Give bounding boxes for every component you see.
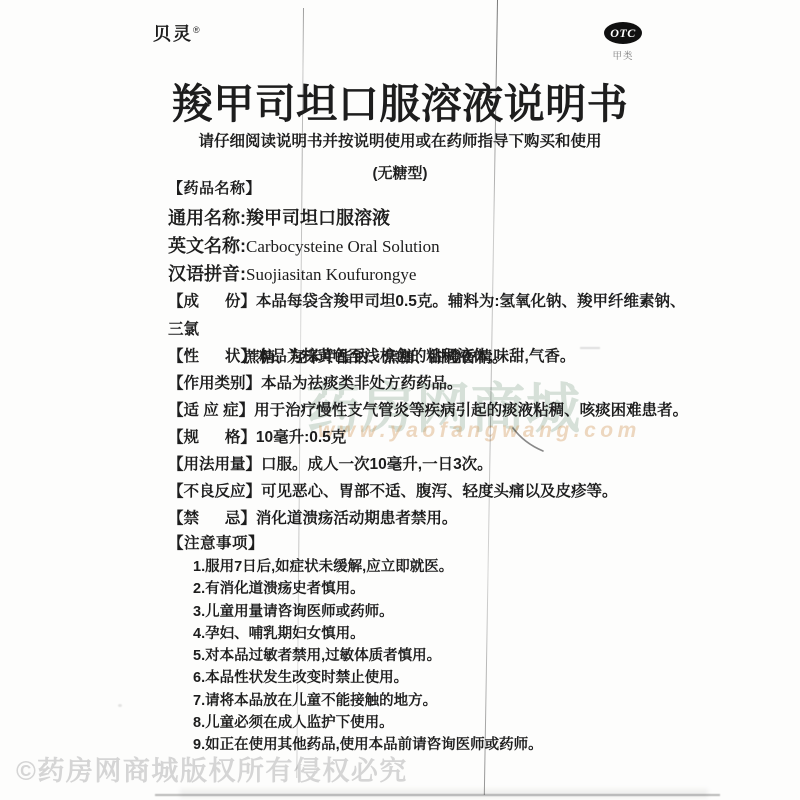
entry-contraindications-label: 【禁 忌】 bbox=[168, 505, 256, 533]
precaution-item-6: 6.本品性状发生改变时禁止使用。 bbox=[193, 667, 613, 689]
english-name-row: 英文名称:Carbocysteine Oral Solution bbox=[168, 232, 440, 258]
entry-adverse-reactions-label: 【不良反应】 bbox=[168, 478, 261, 506]
otc-badge-icon: OTC bbox=[604, 22, 642, 44]
registered-mark: ® bbox=[193, 25, 200, 35]
entry-category: 【作用类别】本品为祛痰类非处方药药品。 bbox=[168, 370, 698, 398]
paper-edge-line bbox=[155, 794, 720, 796]
entry-dosage-text: 口服。成人一次10毫升,一日3次。 bbox=[261, 456, 493, 473]
precaution-item-9: 9.如正在使用其他药品,使用本品前请咨询医师或药师。 bbox=[193, 734, 613, 756]
scan-smudge bbox=[118, 704, 122, 707]
document-title: 羧甲司坦口服溶液说明书 bbox=[0, 71, 800, 130]
paper-edge-shadow bbox=[180, 789, 708, 798]
generic-name-value: 羧甲司坦口服溶液 bbox=[246, 208, 390, 228]
precautions-list: 1.服用7日后,如症状未缓解,应立即就医。 2.有消化道溃疡史者慎用。 3.儿童… bbox=[193, 556, 613, 757]
brand-logo: 贝灵® bbox=[153, 20, 200, 46]
entry-category-label: 【作用类别】 bbox=[168, 370, 261, 398]
entry-category-text: 本品为祛痰类非处方药药品。 bbox=[261, 375, 463, 392]
entry-indications: 【适 应 症】用于治疗慢性支气管炎等疾病引起的痰液粘稠、咳痰困难患者。 bbox=[168, 397, 698, 425]
entry-contraindications: 【禁 忌】消化道溃疡活动期患者禁用。 bbox=[168, 505, 698, 533]
precautions-header: 【注意事项】 bbox=[168, 531, 264, 553]
entry-dosage-label: 【用法用量】 bbox=[168, 451, 261, 479]
entry-strength: 【规 格】10毫升:0.5克 bbox=[168, 424, 698, 452]
entry-contraindications-text: 消化道溃疡活动期患者禁用。 bbox=[256, 510, 458, 527]
entry-description-text: 本品为棕黄色至浅棕色的粘稠液体;味甜,气香。 bbox=[256, 348, 575, 365]
entry-adverse-reactions: 【不良反应】可见恶心、胃部不适、腹泻、轻度头痛以及皮疹等。 bbox=[168, 478, 698, 506]
leaflet-photo: { "brand": { "name": "贝灵", "reg_mark": "… bbox=[0, 0, 800, 800]
generic-name-label: 通用名称: bbox=[168, 208, 246, 228]
english-name-label: 英文名称: bbox=[168, 236, 246, 256]
advisory-line: 请仔细阅读说明书并按说明使用或在药师指导下购买和使用 bbox=[0, 129, 800, 151]
entry-ingredients-label: 【成 份】 bbox=[168, 288, 256, 316]
entry-adverse-reactions-text: 可见恶心、胃部不适、腹泻、轻度头痛以及皮疹等。 bbox=[261, 483, 618, 500]
generic-name-row: 通用名称:羧甲司坦口服溶液 bbox=[168, 204, 390, 230]
variant-label: (无糖型) bbox=[0, 162, 800, 183]
entry-indications-text: 用于治疗慢性支气管炎等疾病引起的痰液粘稠、咳痰困难患者。 bbox=[254, 402, 688, 419]
pinyin-name-value: Suojiasitan Koufurongye bbox=[246, 265, 416, 284]
precaution-item-7: 7.请将本品放在儿童不能接触的地方。 bbox=[193, 690, 613, 712]
precaution-item-8: 8.儿童必须在成人监护下使用。 bbox=[193, 712, 613, 734]
precaution-item-5: 5.对本品过敏者禁用,过敏体质者慎用。 bbox=[193, 645, 613, 667]
entry-description: 【性 状】本品为棕黄色至浅棕色的粘稠液体;味甜,气香。 bbox=[168, 343, 698, 371]
entry-strength-text: 10毫升:0.5克 bbox=[256, 429, 346, 446]
brand-name: 贝灵 bbox=[153, 24, 193, 44]
entry-dosage: 【用法用量】口服。成人一次10毫升,一日3次。 bbox=[168, 451, 698, 479]
drug-name-header: 【药品名称】 bbox=[168, 177, 261, 198]
pinyin-name-label: 汉语拼音: bbox=[168, 264, 246, 284]
entry-strength-label: 【规 格】 bbox=[168, 424, 256, 452]
otc-category-label: 甲类 bbox=[604, 48, 642, 62]
otc-badge-label: OTC bbox=[610, 26, 636, 41]
precaution-item-4: 4.孕妇、哺乳期妇女慎用。 bbox=[193, 623, 613, 645]
entry-description-label: 【性 状】 bbox=[168, 343, 256, 371]
pinyin-name-row: 汉语拼音:Suojiasitan Koufurongye bbox=[168, 260, 416, 286]
precaution-item-2: 2.有消化道溃疡史者慎用。 bbox=[193, 578, 613, 600]
precaution-item-1: 1.服用7日后,如症状未缓解,应立即就医。 bbox=[193, 556, 613, 578]
precaution-item-3: 3.儿童用量请咨询医师或药师。 bbox=[193, 601, 613, 623]
entry-indications-label: 【适 应 症】 bbox=[168, 397, 254, 425]
english-name-value: Carbocysteine Oral Solution bbox=[246, 237, 440, 256]
